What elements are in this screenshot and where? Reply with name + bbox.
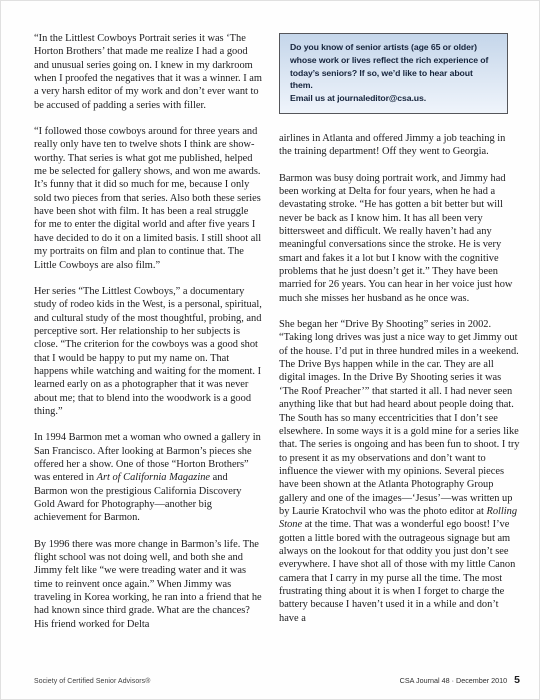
body-text: “In the Littlest Cowboys Portrait series… xyxy=(34,33,262,111)
paragraph: “I followed those cowboys around for thr… xyxy=(34,125,263,272)
body-text: at the time. That was a wonderful ego bo… xyxy=(279,519,515,623)
italic-text: Art of California Magazine xyxy=(97,472,210,483)
footer-journal-label: CSA Journal 48 · December 2010 xyxy=(400,676,507,685)
left-column: “In the Littlest Cowboys Portrait series… xyxy=(34,32,263,660)
callout-box: Do you know of senior artists (age 65 or… xyxy=(279,33,508,114)
paragraph: Barmon was busy doing portrait work, and… xyxy=(279,172,520,305)
paragraph: By 1996 there was more change in Barmon’… xyxy=(34,538,263,631)
body-text: Barmon was busy doing portrait work, and… xyxy=(279,173,512,304)
right-column: Do you know of senior artists (age 65 or… xyxy=(279,32,520,660)
body-text: Her series “The Littlest Cowboys,” a doc… xyxy=(34,286,262,417)
paragraph: “In the Littlest Cowboys Portrait series… xyxy=(34,32,263,112)
callout-text: Do you know of senior artists (age 65 or… xyxy=(290,41,497,92)
right-column-paragraphs: airlines in Atlanta and offered Jimmy a … xyxy=(279,132,520,625)
paragraph: Her series “The Littlest Cowboys,” a doc… xyxy=(34,285,263,418)
body-text: airlines in Atlanta and offered Jimmy a … xyxy=(279,133,505,157)
paragraph: She began her “Drive By Shooting” series… xyxy=(279,318,520,625)
footer-journal-info: CSA Journal 48 · December 2010 5 xyxy=(400,674,520,686)
paragraph: In 1994 Barmon met a woman who owned a g… xyxy=(34,431,263,524)
footer-page-number: 5 xyxy=(514,674,520,686)
article-body: “In the Littlest Cowboys Portrait series… xyxy=(34,32,520,660)
callout-email-line: Email us at journaleditor@csa.us. xyxy=(290,92,497,105)
footer-publisher: Society of Certified Senior Advisors® xyxy=(34,678,150,685)
footer: Society of Certified Senior Advisors® CS… xyxy=(34,674,520,686)
body-text: By 1996 there was more change in Barmon’… xyxy=(34,539,262,630)
journal-page: “In the Littlest Cowboys Portrait series… xyxy=(0,0,540,700)
body-text: She began her “Drive By Shooting” series… xyxy=(279,319,519,517)
body-text: “I followed those cowboys around for thr… xyxy=(34,126,261,270)
paragraph: airlines in Atlanta and offered Jimmy a … xyxy=(279,132,520,159)
